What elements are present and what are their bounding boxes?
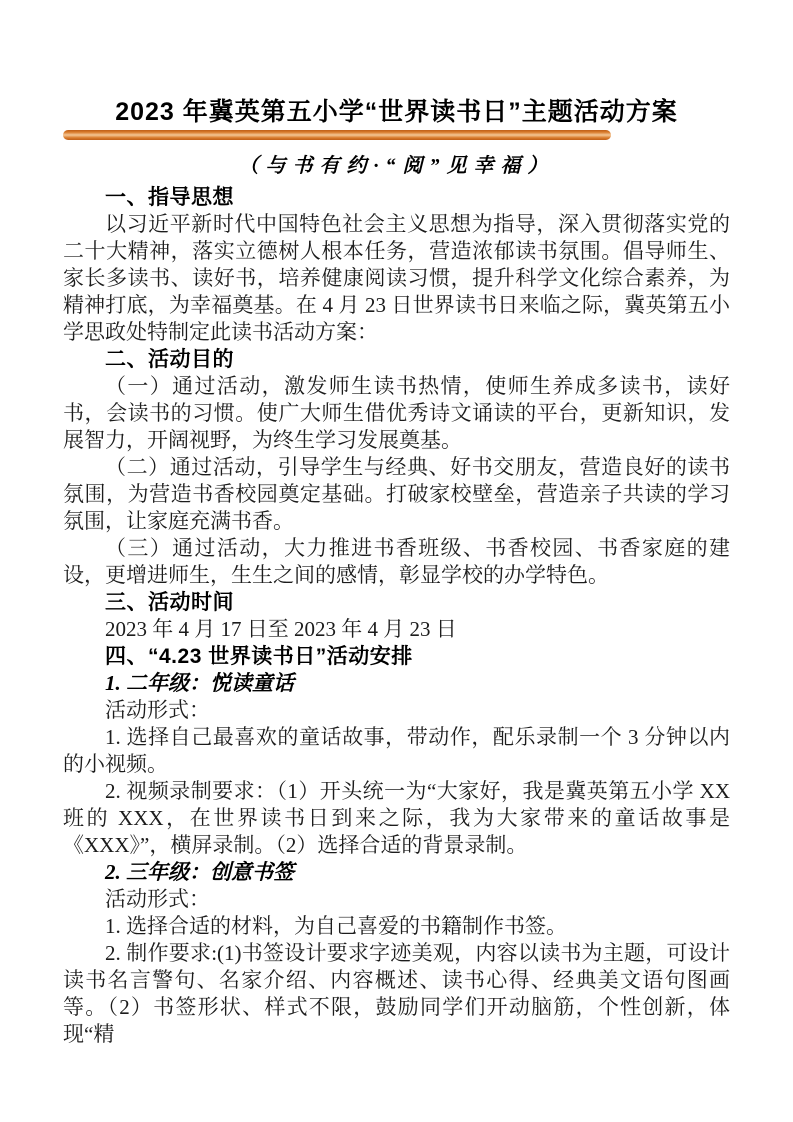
para-grade2-item2: 2. 视频录制要求：（1）开头统一为“大家好，我是冀英第五小学 XX 班的 XX… — [63, 778, 730, 859]
para-grade3-item1: 1. 选择合适的材料，为自己喜爱的书籍制作书签。 — [63, 913, 730, 940]
document-title: 2023 年冀英第五小学“世界读书日”主题活动方案 — [63, 97, 730, 127]
subheading-grade3-bookmarks: 2. 三年级：创意书签 — [63, 859, 730, 886]
subheading-grade2-fairy-tales: 1. 二年级：悦读童话 — [63, 670, 730, 697]
para-purpose-1: （一）通过活动，激发师生读书热情，使师生养成多读书，读好书，会读书的习惯。使广大… — [63, 373, 730, 454]
para-purpose-3: （三）通过活动，大力推进书香班级、书香校园、书香家庭的建设，更增进师生，生生之间… — [63, 535, 730, 589]
document-page: 2023 年冀英第五小学“世界读书日”主题活动方案 （与书有约·“阅”见幸福） … — [0, 0, 793, 1122]
document-body: 一、指导思想 以习近平新时代中国特色社会主义思想为指导，深入贯彻落实党的二十大精… — [63, 184, 730, 1048]
para-activity-form-grade2: 活动形式： — [63, 697, 730, 724]
heading-activity-arrangement: 四、“4.23 世界读书日”活动安排 — [63, 643, 730, 670]
para-guiding-ideology: 以习近平新时代中国特色社会主义思想为指导，深入贯彻落实党的二十大精神，落实立德树… — [63, 211, 730, 346]
para-grade3-item2: 2. 制作要求:(1)书签设计要求字迹美观，内容以读书为主题，可设计读书名言警句… — [63, 940, 730, 1048]
heading-activity-time: 三、活动时间 — [63, 589, 730, 616]
heading-activity-purpose: 二、活动目的 — [63, 346, 730, 373]
document-subtitle: （与书有约·“阅”见幸福） — [63, 152, 730, 180]
para-activity-form-grade3: 活动形式： — [63, 886, 730, 913]
title-accent-rule — [63, 130, 611, 140]
para-purpose-2: （二）通过活动，引导学生与经典、好书交朋友，营造良好的读书氛围，为营造书香校园奠… — [63, 454, 730, 535]
para-activity-time: 2023 年 4 月 17 日至 2023 年 4 月 23 日 — [63, 616, 730, 643]
para-grade2-item1: 1. 选择自己最喜欢的童话故事，带动作，配乐录制一个 3 分钟以内的小视频。 — [63, 724, 730, 778]
heading-guiding-ideology: 一、指导思想 — [63, 184, 730, 211]
